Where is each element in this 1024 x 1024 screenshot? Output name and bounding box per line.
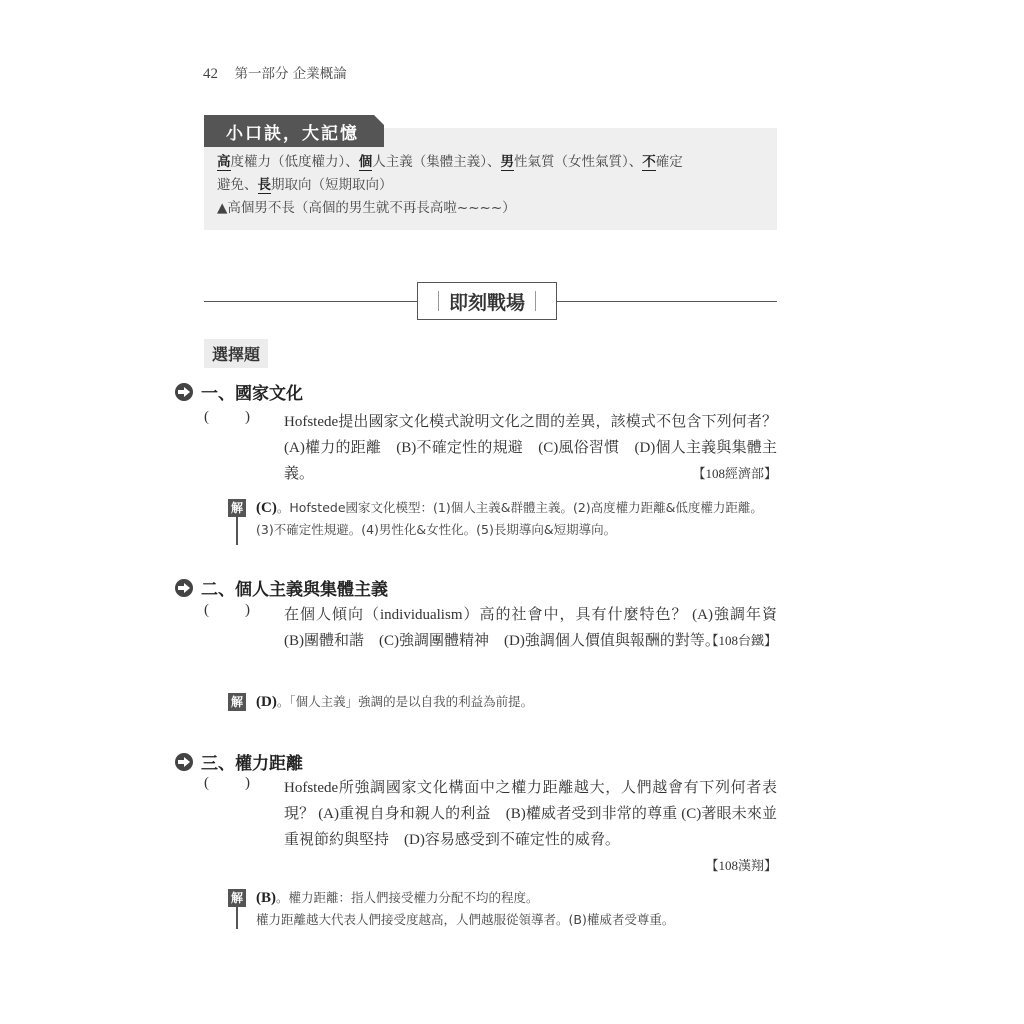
section-title-3: 三、權力距離 bbox=[175, 749, 303, 774]
section-title-2: 二、個人主義與集體主義 bbox=[175, 575, 388, 600]
answer-1: 解 (C)。Hofstede國家文化模型：(1)個人主義&群體主義。(2)高度權… bbox=[228, 497, 780, 541]
solution-tag: 解 bbox=[228, 889, 246, 907]
banner-bar-left bbox=[438, 291, 439, 311]
mnemonic-line-3: ▲高個男不長（高個的男生就不再長高啦~~~~） bbox=[217, 197, 773, 220]
paren-close: ) bbox=[245, 602, 250, 619]
section-banner: 即刻戰場 bbox=[417, 282, 557, 320]
answer-text: 。「個人主義」強調的是以自我的利益為前提。 bbox=[277, 694, 533, 709]
solution-stem bbox=[236, 517, 238, 545]
mnemonic-title: 小口訣，大記憶 bbox=[204, 115, 384, 147]
section-title-1: 一、國家文化 bbox=[175, 379, 303, 404]
answer-text: 。Hofstede國家文化模型：(1)個人主義&群體主義。(2)高度權力距離&低… bbox=[256, 500, 763, 537]
answer-blank[interactable]: ( ) bbox=[204, 775, 250, 792]
paren-open: ( bbox=[204, 775, 209, 792]
answer-blank[interactable]: ( ) bbox=[204, 602, 250, 619]
mnemonic-key-char: 男 bbox=[501, 154, 515, 171]
mnemonic-key-char: 長 bbox=[258, 177, 272, 194]
solution-tag: 解 bbox=[228, 499, 246, 517]
answer-letter: (D) bbox=[256, 694, 277, 710]
arrow-right-icon bbox=[175, 383, 193, 401]
paren-open: ( bbox=[204, 602, 209, 619]
answer-2: 解 (D)。「個人主義」強調的是以自我的利益為前提。 bbox=[228, 691, 780, 713]
answer-text-2: 權力距離越大代表人們接受度越高，人們越服從領導者。(B)權威者受尊重。 bbox=[256, 909, 780, 931]
part-title: 第一部分 企業概論 bbox=[234, 66, 346, 82]
answer-text: 。權力距離：指人們接受權力分配不均的程度。 bbox=[276, 890, 539, 905]
answer-blank[interactable]: ( ) bbox=[204, 409, 250, 426]
solution-tag: 解 bbox=[228, 693, 246, 711]
mnemonic-content: 高度權力（低度權力）、個人主義（集體主義）、男性氣質（女性氣質）、不確定 避免、… bbox=[217, 151, 773, 220]
banner-rule-right bbox=[557, 301, 777, 302]
mnemonic-text: 度權力（低度權力）、 bbox=[231, 154, 359, 170]
paren-close: ) bbox=[245, 409, 250, 426]
mnemonic-text: 避免、 bbox=[217, 177, 258, 193]
paren-close: ) bbox=[245, 775, 250, 792]
mnemonic-text: 期取向（短期取向） bbox=[271, 177, 393, 193]
question-text: Hofstede所強調國家文化構面中之權力距離越大，人們越會有下列何者表現？ (… bbox=[284, 775, 777, 853]
banner-title: 即刻戰場 bbox=[449, 288, 525, 315]
page-number: 42 bbox=[203, 66, 218, 82]
mnemonic-key-char: 高 bbox=[217, 154, 231, 171]
question-source: 【108經濟部】 bbox=[284, 461, 777, 487]
answer-letter: (B) bbox=[256, 890, 276, 906]
question-source: 【108漢翔】 bbox=[284, 853, 777, 879]
solution-stem bbox=[236, 907, 238, 929]
mnemonic-line-1: 高度權力（低度權力）、個人主義（集體主義）、男性氣質（女性氣質）、不確定 bbox=[217, 151, 773, 174]
question-type-label: 選擇題 bbox=[204, 339, 268, 368]
mnemonic-text: 人主義（集體主義）、 bbox=[372, 154, 500, 170]
paren-open: ( bbox=[204, 409, 209, 426]
question-1: ( ) Hofstede提出國家文化模式說明文化之間的差異，該模式不包含下列何者… bbox=[204, 409, 777, 487]
mnemonic-line-2: 避免、長期取向（短期取向） bbox=[217, 174, 773, 197]
arrow-right-icon bbox=[175, 753, 193, 771]
section-heading: 一、國家文化 bbox=[201, 379, 303, 404]
answer-3: 解 (B)。權力距離：指人們接受權力分配不均的程度。 權力距離越大代表人們接受度… bbox=[228, 887, 780, 931]
question-text: 在個人傾向（individualism）高的社會中，具有什麼特色？ (A)強調年… bbox=[284, 602, 777, 654]
banner-rule-left bbox=[204, 301, 417, 302]
answer-letter: (C) bbox=[256, 500, 277, 516]
section-heading: 二、個人主義與集體主義 bbox=[201, 575, 388, 600]
mnemonic-key-char: 個 bbox=[359, 154, 373, 171]
section-heading: 三、權力距離 bbox=[201, 749, 303, 774]
mnemonic-text: 性氣質（女性氣質）、 bbox=[514, 154, 642, 170]
mnemonic-text: 確定 bbox=[656, 154, 683, 170]
page-header: 42 第一部分 企業概論 bbox=[203, 62, 347, 83]
mnemonic-key-char: 不 bbox=[642, 154, 656, 171]
banner-bar-right bbox=[535, 291, 536, 311]
arrow-right-icon bbox=[175, 579, 193, 597]
question-2: ( ) 在個人傾向（individualism）高的社會中，具有什麼特色？ (A… bbox=[204, 602, 777, 654]
question-3: ( ) Hofstede所強調國家文化構面中之權力距離越大，人們越會有下列何者表… bbox=[204, 775, 777, 879]
